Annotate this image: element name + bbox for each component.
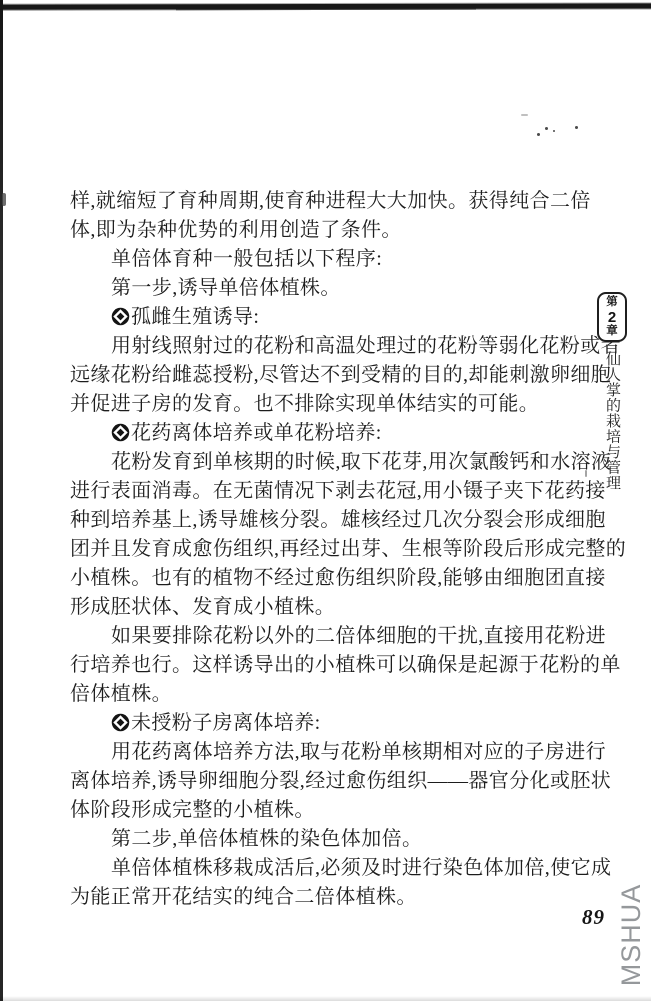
scan-speck (553, 130, 555, 132)
text-line: 第一步,诱导单倍体植株。 (70, 274, 565, 303)
text-line: 离体培养,诱导卵细胞分裂,经过愈伤组织——器官分化或胚状 (70, 767, 565, 796)
text-line-content: 花药离体培养或单花粉培养: (131, 422, 382, 444)
text-line: 种到培养基上,诱导雄核分裂。雄核经过几次分裂会形成细胞 (70, 506, 565, 535)
text-line-content: 用花药离体培养方法,取与花粉单核期相对应的子房进行 (111, 741, 606, 763)
text-line: 并促进子房的发育。也不排除实现单体结实的可能。 (70, 390, 565, 419)
diamond-bullet-icon (111, 422, 130, 451)
text-line-content: 并促进子房的发育。也不排除实现单体结实的可能。 (70, 393, 539, 415)
diamond-bullet-icon (111, 306, 130, 335)
text-line-content: 体阶段形成完整的小植株。 (70, 799, 315, 821)
text-line: 进行表面消毒。在无菌情况下剥去花冠,用小镊子夹下花药接 (70, 477, 565, 506)
text-line-content: 团并且发育成愈伤组织,再经过出芽、生根等阶段后形成完整的 (70, 538, 626, 560)
scan-speck (537, 133, 540, 136)
text-line-content: 形成胚状体、发育成小植株。 (70, 596, 335, 618)
text-line: 单倍体育种一般包括以下程序: (70, 245, 565, 274)
text-line-content: 为能正常开花结实的纯合二倍体植株。 (70, 886, 417, 908)
text-line: 团并且发育成愈伤组织,再经过出芽、生根等阶段后形成完整的 (70, 535, 565, 564)
diamond-bullet-icon (111, 712, 130, 741)
text-line: 行培养也行。这样诱导出的小植株可以确保是起源于花粉的单 (70, 651, 565, 680)
chapter-badge-label-bottom: 章 (606, 326, 618, 338)
text-line-content: 种到培养基上,诱导雄核分裂。雄核经过几次分裂会形成细胞 (70, 509, 606, 531)
text-line: 远缘花粉给雌蕊授粉,尽管达不到受精的目的,却能刺激卵细胞 (70, 361, 565, 390)
text-line-content: 远缘花粉给雌蕊授粉,尽管达不到受精的目的,却能刺激卵细胞 (70, 364, 611, 386)
text-line: 用射线照射过的花粉和高温处理过的花粉等弱化花粉或者 (70, 332, 565, 361)
text-line-content: 体,即为杂种优势的利用创造了条件。 (70, 219, 402, 241)
text-line-content: 第一步,诱导单倍体植株。 (111, 277, 341, 299)
book-page: 样,就缩短了育种周期,使育种进程大大加快。获得纯合二倍 体,即为杂种优势的利用创… (0, 0, 651, 1001)
text-line: 花粉发育到单核期的时候,取下花芽,用次氯酸钙和水溶液 (70, 448, 565, 477)
scan-bottom-edge-artifact (0, 996, 651, 1001)
text-line-content: 离体培养,诱导卵细胞分裂,经过愈伤组织——器官分化或胚状 (70, 770, 611, 792)
watermark-text: MSHUA (616, 875, 648, 995)
scan-left-edge-artifact (0, 0, 3, 1001)
text-line: 样,就缩短了育种周期,使育种进程大大加快。获得纯合二倍 (70, 187, 565, 216)
text-line-content: 行培养也行。这样诱导出的小植株可以确保是起源于花粉的单 (70, 654, 621, 676)
text-line: 倍体植株。 (70, 680, 565, 709)
scan-speck (2, 193, 6, 206)
text-line-content: 单倍体育种一般包括以下程序: (111, 248, 382, 270)
text-line: 用花药离体培养方法,取与花粉单核期相对应的子房进行 (70, 738, 565, 767)
scan-speck (545, 127, 548, 130)
text-line-content: 如果要排除花粉以外的二倍体细胞的干扰,直接用花粉进 (111, 625, 606, 647)
text-line-content: 倍体植株。 (70, 683, 172, 705)
chapter-badge-number: 2 (608, 310, 616, 325)
text-line: 如果要排除花粉以外的二倍体细胞的干扰,直接用花粉进 (70, 622, 565, 651)
text-line: 体,即为杂种优势的利用创造了条件。 (70, 216, 565, 245)
text-line-content: 花粉发育到单核期的时候,取下花芽,用次氯酸钙和水溶液 (111, 451, 611, 473)
text-line: 花药离体培养或单花粉培养: (70, 419, 565, 448)
text-line: 未授粉子房离体培养: (70, 709, 565, 738)
text-line: 为能正常开花结实的纯合二倍体植株。 (70, 883, 565, 912)
text-line: 第二步,单倍体植株的染色体加倍。 (70, 825, 565, 854)
text-line-content: 进行表面消毒。在无菌情况下剥去花冠,用小镊子夹下花药接 (70, 480, 606, 502)
text-line-content: 单倍体植株移栽成活后,必须及时进行染色体加倍,使它成 (111, 857, 611, 879)
text-line-content: 小植株。也有的植物不经过愈伤组织阶段,能够由细胞团直接 (70, 567, 606, 589)
text-line: 小植株。也有的植物不经过愈伤组织阶段,能够由细胞团直接 (70, 564, 565, 593)
scan-speck (521, 114, 528, 116)
text-line-content: 孤雌生殖诱导: (131, 306, 259, 328)
page-number: 89 (582, 905, 605, 930)
text-line-content: 第二步,单倍体植株的染色体加倍。 (111, 828, 422, 850)
text-line-content: 用射线照射过的花粉和高温处理过的花粉等弱化花粉或者 (111, 335, 621, 357)
chapter-badge-label-top: 第 (606, 297, 618, 309)
text-line: 体阶段形成完整的小植株。 (70, 796, 565, 825)
page-body-text: 样,就缩短了育种周期,使育种进程大大加快。获得纯合二倍 体,即为杂种优势的利用创… (70, 187, 565, 912)
text-line: 孤雌生殖诱导: (70, 303, 565, 332)
text-line: 形成胚状体、发育成小植株。 (70, 593, 565, 622)
text-line-content: 未授粉子房离体培养: (131, 712, 321, 734)
scan-top-edge-artifact (0, 3, 651, 9)
chapter-badge: 第 2 章 (597, 292, 627, 342)
text-line: 单倍体植株移栽成活后,必须及时进行染色体加倍,使它成 (70, 854, 565, 883)
text-line-content: 样,就缩短了育种周期,使育种进程大大加快。获得纯合二倍 (70, 190, 591, 212)
scan-speck (575, 126, 578, 129)
chapter-title-vertical: 仙人掌的栽培与管理 (600, 351, 623, 491)
